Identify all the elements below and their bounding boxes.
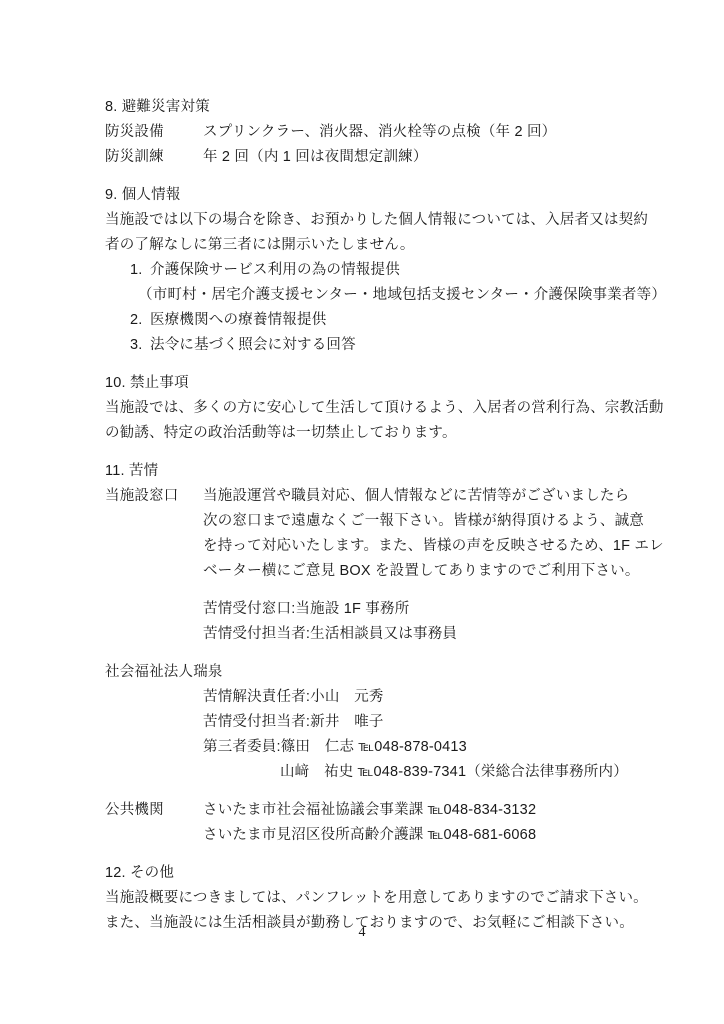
text-line: （市町村・居宅介護支援センター・地域包括支援センター・介護保険事業者等）	[105, 283, 665, 308]
text-line: 次の窓口まで遠慮なくご一報下さい。皆様が納得頂けるよう、誠意	[105, 509, 665, 534]
text-line: 苦情受付窓口:当施設 1F 事務所	[105, 597, 665, 622]
labeled-line: 防災訓練年 2 回（内 1 回は夜間想定訓練）	[105, 145, 665, 170]
labeled-line: 当施設窓口当施設運営や職員対応、個人情報などに苦情等がございましたら	[105, 484, 665, 509]
text-line: 第三者委員:篠田 仁志 ℡048-878-0413	[105, 735, 665, 760]
text-line: 苦情解決責任者:小山 元秀	[105, 685, 665, 710]
section-8-disaster-measures: 8. 避難災害対策防災設備スプリンクラー、消火器、消火栓等の点検（年 2 回）防…	[105, 95, 665, 170]
section-heading: 12. その他	[105, 861, 665, 886]
section-heading: 8. 避難災害対策	[105, 95, 665, 120]
line-label: 公共機関	[105, 798, 203, 823]
labeled-line: 公共機関さいたま市社会福祉協議会事業課 ℡048-834-3132	[105, 798, 665, 823]
text-line: 当施設では以下の場合を除き、お預かりした個人情報については、入居者又は契約	[105, 208, 665, 233]
text-line: ベーター横にご意見 BOX を設置してありますのでご利用下さい。	[105, 559, 665, 584]
complaint-reception: 苦情受付窓口:当施設 1F 事務所苦情受付担当者:生活相談員又は事務員	[105, 597, 665, 647]
text-line: 当施設では、多くの方に安心して生活して頂けるよう、入居者の営利行為、宗教活動	[105, 396, 665, 421]
line-label: 防災訓練	[105, 145, 203, 170]
text-line: 苦情受付担当者:新井 唯子	[105, 710, 665, 735]
zuisen-corporation: 社会福祉法人瑞泉苦情解決責任者:小山 元秀苦情受付担当者:新井 唯子第三者委員:…	[105, 660, 665, 785]
list-item-number: 1.	[130, 258, 150, 283]
line-label: 防災設備	[105, 120, 203, 145]
document-page: 8. 避難災害対策防災設備スプリンクラー、消火器、消火栓等の点検（年 2 回）防…	[0, 0, 724, 1024]
section-10-prohibited: 10. 禁止事項当施設では、多くの方に安心して生活して頂けるよう、入居者の営利行…	[105, 371, 665, 446]
section-11-complaints: 11. 苦情当施設窓口当施設運営や職員対応、個人情報などに苦情等がございましたら…	[105, 459, 665, 584]
text-line: の勧誘、特定の政治活動等は一切禁止しております。	[105, 421, 665, 446]
list-item-text: 介護保険サービス利用の為の情報提供	[150, 262, 400, 278]
section-heading: 10. 禁止事項	[105, 371, 665, 396]
labeled-line: 防災設備スプリンクラー、消火器、消火栓等の点検（年 2 回）	[105, 120, 665, 145]
line-text: スプリンクラー、消火器、消火栓等の点検（年 2 回）	[203, 124, 556, 140]
list-item-text: 法令に基づく照会に対する回答	[150, 337, 356, 353]
text-line: 者の了解なしに第三者には開示いたしません。	[105, 233, 665, 258]
section-9-personal-info: 9. 個人情報当施設では以下の場合を除き、お預かりした個人情報については、入居者…	[105, 183, 665, 358]
line-label: 当施設窓口	[105, 484, 203, 509]
public-agencies: 公共機関さいたま市社会福祉協議会事業課 ℡048-834-3132さいたま市見沼…	[105, 798, 665, 848]
numbered-list-item: 1.介護保険サービス利用の為の情報提供	[105, 258, 665, 283]
section-heading: 11. 苦情	[105, 459, 665, 484]
text-line: 苦情受付担当者:生活相談員又は事務員	[105, 622, 665, 647]
line-text: 年 2 回（内 1 回は夜間想定訓練）	[203, 149, 428, 165]
document-content: 8. 避難災害対策防災設備スプリンクラー、消火器、消火栓等の点検（年 2 回）防…	[105, 95, 665, 936]
section-heading: 9. 個人情報	[105, 183, 665, 208]
page-number: 4	[0, 925, 724, 941]
numbered-list-item: 3.法令に基づく照会に対する回答	[105, 333, 665, 358]
section-heading: 社会福祉法人瑞泉	[105, 660, 665, 685]
text-line: 当施設概要につきましては、パンフレットを用意してありますのでご請求下さい。	[105, 886, 665, 911]
numbered-list-item: 2.医療機関への療養情報提供	[105, 308, 665, 333]
list-item-text: 医療機関への療養情報提供	[150, 312, 326, 328]
line-text: さいたま市社会福祉協議会事業課 ℡048-834-3132	[203, 802, 536, 818]
list-item-number: 2.	[130, 308, 150, 333]
text-line: 山﨑 祐史 ℡048-839-7341（栄総合法律事務所内）	[105, 760, 665, 785]
text-line: さいたま市見沼区役所高齢介護課 ℡048-681-6068	[105, 823, 665, 848]
list-item-number: 3.	[130, 333, 150, 358]
line-text: 当施設運営や職員対応、個人情報などに苦情等がございましたら	[203, 488, 629, 504]
text-line: を持って対応いたします。また、皆様の声を反映させるため、1F エレ	[105, 534, 665, 559]
